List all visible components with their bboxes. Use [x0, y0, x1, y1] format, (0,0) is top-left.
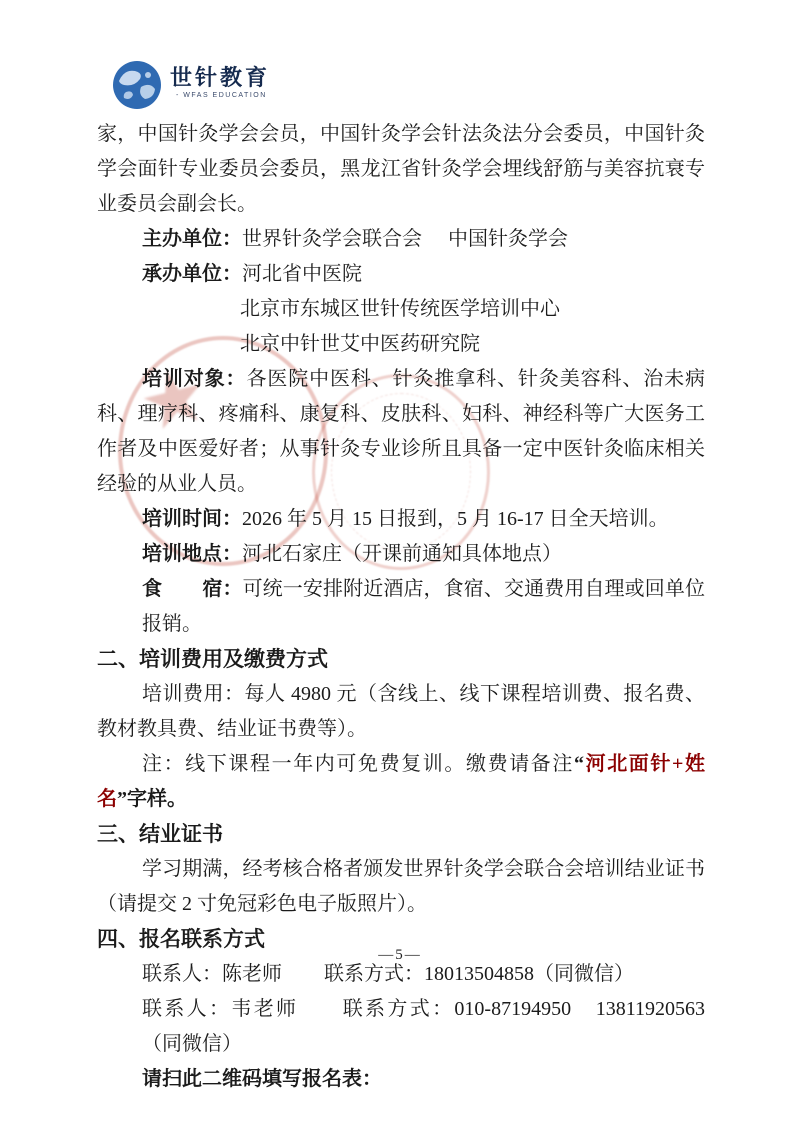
- logo: 世针教育 - WFAS EDUCATION: [112, 60, 270, 110]
- host-unit-value1: 世界针灸学会联合会: [242, 228, 422, 250]
- time-value: 2026 年 5 月 15 日报到，5 月 16-17 日全天培训。: [242, 508, 669, 530]
- logo-text: 世针教育 - WFAS EDUCATION: [170, 60, 270, 99]
- page-number: —5—: [0, 947, 800, 964]
- organizer-label: 承办单位：: [142, 263, 242, 285]
- document-page: 世针教育 - WFAS EDUCATION ★ 家，中国针灸学会会员，中国针灸学…: [0, 0, 800, 1133]
- logo-subtitle: - WFAS EDUCATION: [170, 92, 270, 99]
- logo-name: 世针教育: [170, 66, 270, 90]
- contact1-method-label: 联系方式：: [324, 963, 424, 985]
- host-unit-value2: 中国针灸学会: [448, 228, 568, 250]
- location-value: 河北石家庄（开课前通知具体地点）: [242, 543, 562, 565]
- organizer-line2: 北京市东城区世针传统医学培训中心: [97, 292, 705, 327]
- host-unit-label: 主办单位：: [142, 228, 242, 250]
- section-heading-fee: 二、培训费用及缴费方式: [97, 642, 705, 677]
- audience-label: 培训对象：: [142, 368, 246, 390]
- fee-note-suffix: 字样。: [127, 788, 187, 810]
- contact2-person: 韦老师: [231, 998, 298, 1020]
- qr-prompt-line: 请扫此二维码填写报名表：: [97, 1062, 705, 1097]
- intro-paragraph: 家，中国针灸学会会员，中国针灸学会针法灸法分会委员，中国针灸学会面针专业委员会委…: [97, 117, 705, 222]
- fee-note-paragraph: 注：线下课程一年内可免费复训。缴费请备注“河北面针+姓名”字样。: [97, 747, 705, 817]
- contact1-method: 18013504858（同微信）: [424, 963, 634, 985]
- contact1-person: 陈老师: [222, 963, 282, 985]
- organizer-line3: 北京中针世艾中医药研究院: [97, 327, 705, 362]
- location-label: 培训地点：: [142, 543, 242, 565]
- section-heading-certificate: 三、结业证书: [97, 817, 705, 852]
- board-line: 食 宿：可统一安排附近酒店，食宿、交通费用自理或回单位报销。: [97, 572, 705, 642]
- contact-line-2: 联系人：韦老师联系方式：010-87194950 13811920563（同微信…: [97, 992, 705, 1062]
- certificate-paragraph: 学习期满，经考核合格者颁发世界针灸学会联合会培训结业证书（请提交 2 寸免冠彩色…: [97, 852, 705, 922]
- organizer-value1: 河北省中医院: [242, 263, 362, 285]
- host-unit-line: 主办单位：世界针灸学会联合会中国针灸学会: [97, 222, 705, 257]
- contact1-person-label: 联系人：: [142, 963, 222, 985]
- audience-paragraph: 培训对象：各医院中医科、针灸推拿科、针灸美容科、治未病科、理疗科、疼痛科、康复科…: [97, 362, 705, 502]
- organizer-line: 承办单位：河北省中医院: [97, 257, 705, 292]
- time-line: 培训时间：2026 年 5 月 15 日报到，5 月 16-17 日全天培训。: [97, 502, 705, 537]
- contact2-person-label: 联系人：: [142, 998, 231, 1020]
- board-label: 食 宿：: [142, 578, 243, 600]
- fee-note-prefix: 注：线下课程一年内可免费复训。缴费请备注: [142, 753, 574, 775]
- globe-logo-icon: [112, 60, 162, 110]
- fee-paragraph: 培训费用：每人 4980 元（含线上、线下课程培训费、报名费、教材教具费、结业证…: [97, 677, 705, 747]
- time-label: 培训时间：: [142, 508, 242, 530]
- location-line: 培训地点：河北石家庄（开课前通知具体地点）: [97, 537, 705, 572]
- contact2-method-label: 联系方式：: [340, 998, 454, 1020]
